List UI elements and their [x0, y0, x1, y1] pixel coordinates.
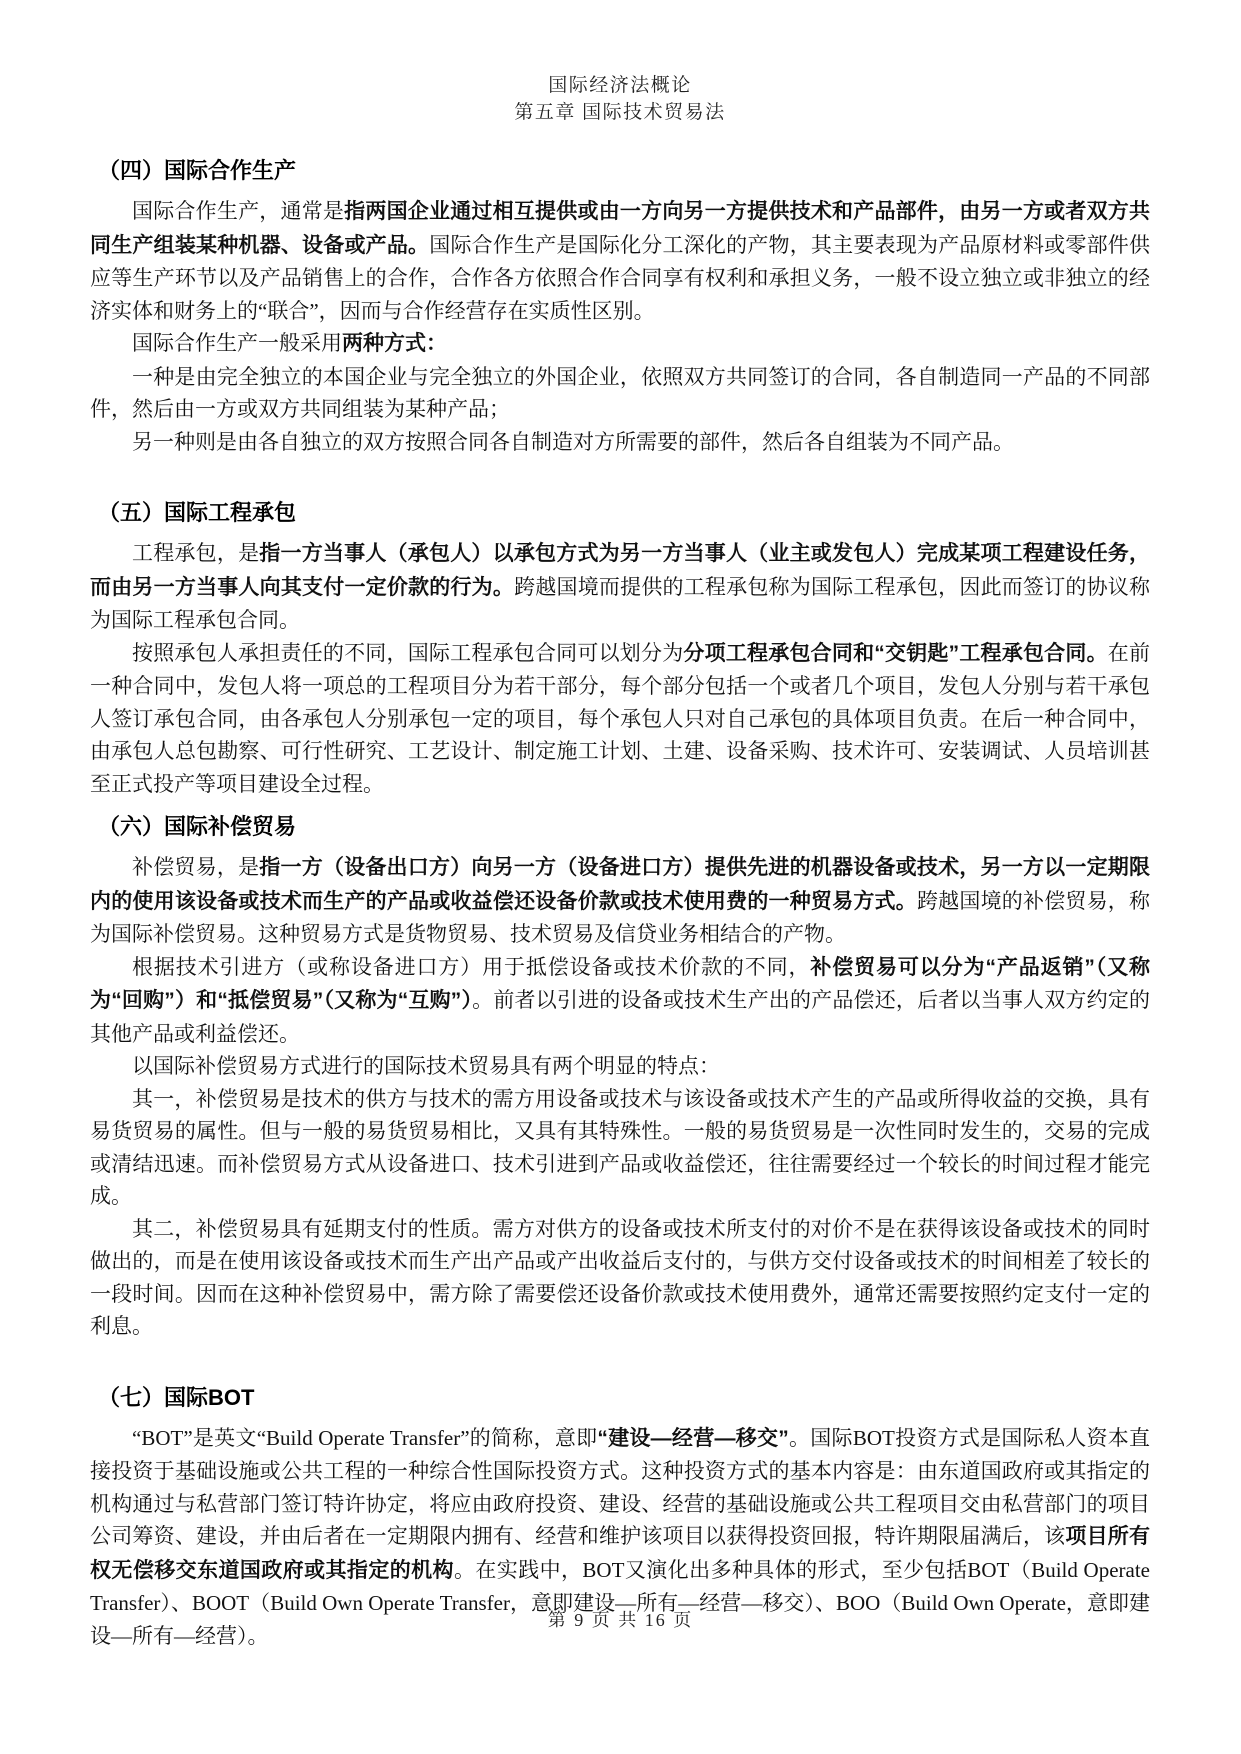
- document-body: （四）国际合作生产 国际合作生产，通常是指两国企业通过相互提供或由一方向另一方提…: [90, 156, 1150, 1652]
- section-heading: （六）国际补偿贸易: [98, 812, 1150, 842]
- bold-text-run: 两种方式：: [342, 332, 447, 355]
- paragraph: 以国际补偿贸易方式进行的国际技术贸易具有两个明显的特点：: [90, 1050, 1150, 1083]
- paragraph: 根据技术引进方（或称设备进口方）用于抵偿设备或技术价款的不同，补偿贸易可以分为“…: [90, 951, 1150, 1051]
- section-heading: （七）国际BOT: [98, 1383, 1150, 1413]
- paragraph: 工程承包，是指一方当事人（承包人）以承包方式为另一方当事人（业主或发包人）完成某…: [90, 537, 1150, 637]
- bold-text-run: “建设—经营—移交”: [597, 1427, 788, 1450]
- text-run: “BOT”是英文“Build Operate Transfer”的简称，意即: [132, 1426, 597, 1450]
- text-run: 工程承包，是: [132, 541, 259, 565]
- text-run: 按照承包人承担责任的不同，国际工程承包合同可以划分为: [132, 641, 683, 665]
- paragraph: 补偿贸易，是指一方（设备出口方）向另一方（设备进口方）提供先进的机器设备或技术，…: [90, 851, 1150, 951]
- text-run: 另一种则是由各自独立的双方按照合同各自制造对方所需要的部件，然后各自组装为不同产…: [132, 430, 1014, 454]
- section-international-compensation-trade: （六）国际补偿贸易 补偿贸易，是指一方（设备出口方）向另一方（设备进口方）提供先…: [90, 812, 1150, 1343]
- text-run: 一种是由完全独立的本国企业与完全独立的外国企业，依照双方共同签订的合同，各自制造…: [90, 365, 1150, 422]
- text-run: 其二，补偿贸易具有延期支付的性质。需方对供方的设备或技术所支付的对价不是在获得该…: [90, 1217, 1150, 1339]
- section-international-engineering-contracting: （五）国际工程承包 工程承包，是指一方当事人（承包人）以承包方式为另一方当事人（…: [90, 498, 1150, 800]
- text-run: 国际合作生产，通常是: [132, 199, 344, 223]
- paragraph: 按照承包人承担责任的不同，国际工程承包合同可以划分为分项工程承包合同和“交钥匙”…: [90, 637, 1150, 801]
- chapter-title: 第五章 国际技术贸易法: [90, 99, 1150, 126]
- text-run: 根据技术引进方（或称设备进口方）用于抵偿设备或技术价款的不同，: [132, 955, 810, 979]
- paragraph: 国际合作生产，通常是指两国企业通过相互提供或由一方向另一方提供技术和产品部件，由…: [90, 195, 1150, 327]
- text-run: 国际合作生产一般采用: [132, 331, 342, 355]
- document-title: 国际经济法概论: [90, 72, 1150, 99]
- section-heading: （四）国际合作生产: [98, 156, 1150, 186]
- text-run: 其一，补偿贸易是技术的供方与技术的需方用设备或技术与该设备或技术产生的产品或所得…: [90, 1087, 1150, 1209]
- document-page: 国际经济法概论 第五章 国际技术贸易法 （四）国际合作生产 国际合作生产，通常是…: [0, 0, 1241, 1754]
- text-run: 补偿贸易，是: [132, 855, 259, 879]
- paragraph: 其一，补偿贸易是技术的供方与技术的需方用设备或技术与该设备或技术产生的产品或所得…: [90, 1083, 1150, 1213]
- paragraph: 另一种则是由各自独立的双方按照合同各自制造对方所需要的部件，然后各自组装为不同产…: [90, 426, 1150, 459]
- document-header: 国际经济法概论 第五章 国际技术贸易法: [90, 72, 1150, 126]
- paragraph: 一种是由完全独立的本国企业与完全独立的外国企业，依照双方共同签订的合同，各自制造…: [90, 361, 1150, 426]
- text-run: 以国际补偿贸易方式进行的国际技术贸易具有两个明显的特点：: [132, 1054, 720, 1078]
- section-international-cooperative-production: （四）国际合作生产 国际合作生产，通常是指两国企业通过相互提供或由一方向另一方提…: [90, 156, 1150, 458]
- bold-text-run: 分项工程承包合同和“交钥匙”工程承包合同。: [683, 642, 1107, 665]
- page-number-footer: 第 9 页 共 16 页: [0, 1606, 1241, 1632]
- section-heading: （五）国际工程承包: [98, 498, 1150, 528]
- paragraph: 国际合作生产一般采用两种方式：: [90, 327, 1150, 361]
- paragraph: 其二，补偿贸易具有延期支付的性质。需方对供方的设备或技术所支付的对价不是在获得该…: [90, 1213, 1150, 1343]
